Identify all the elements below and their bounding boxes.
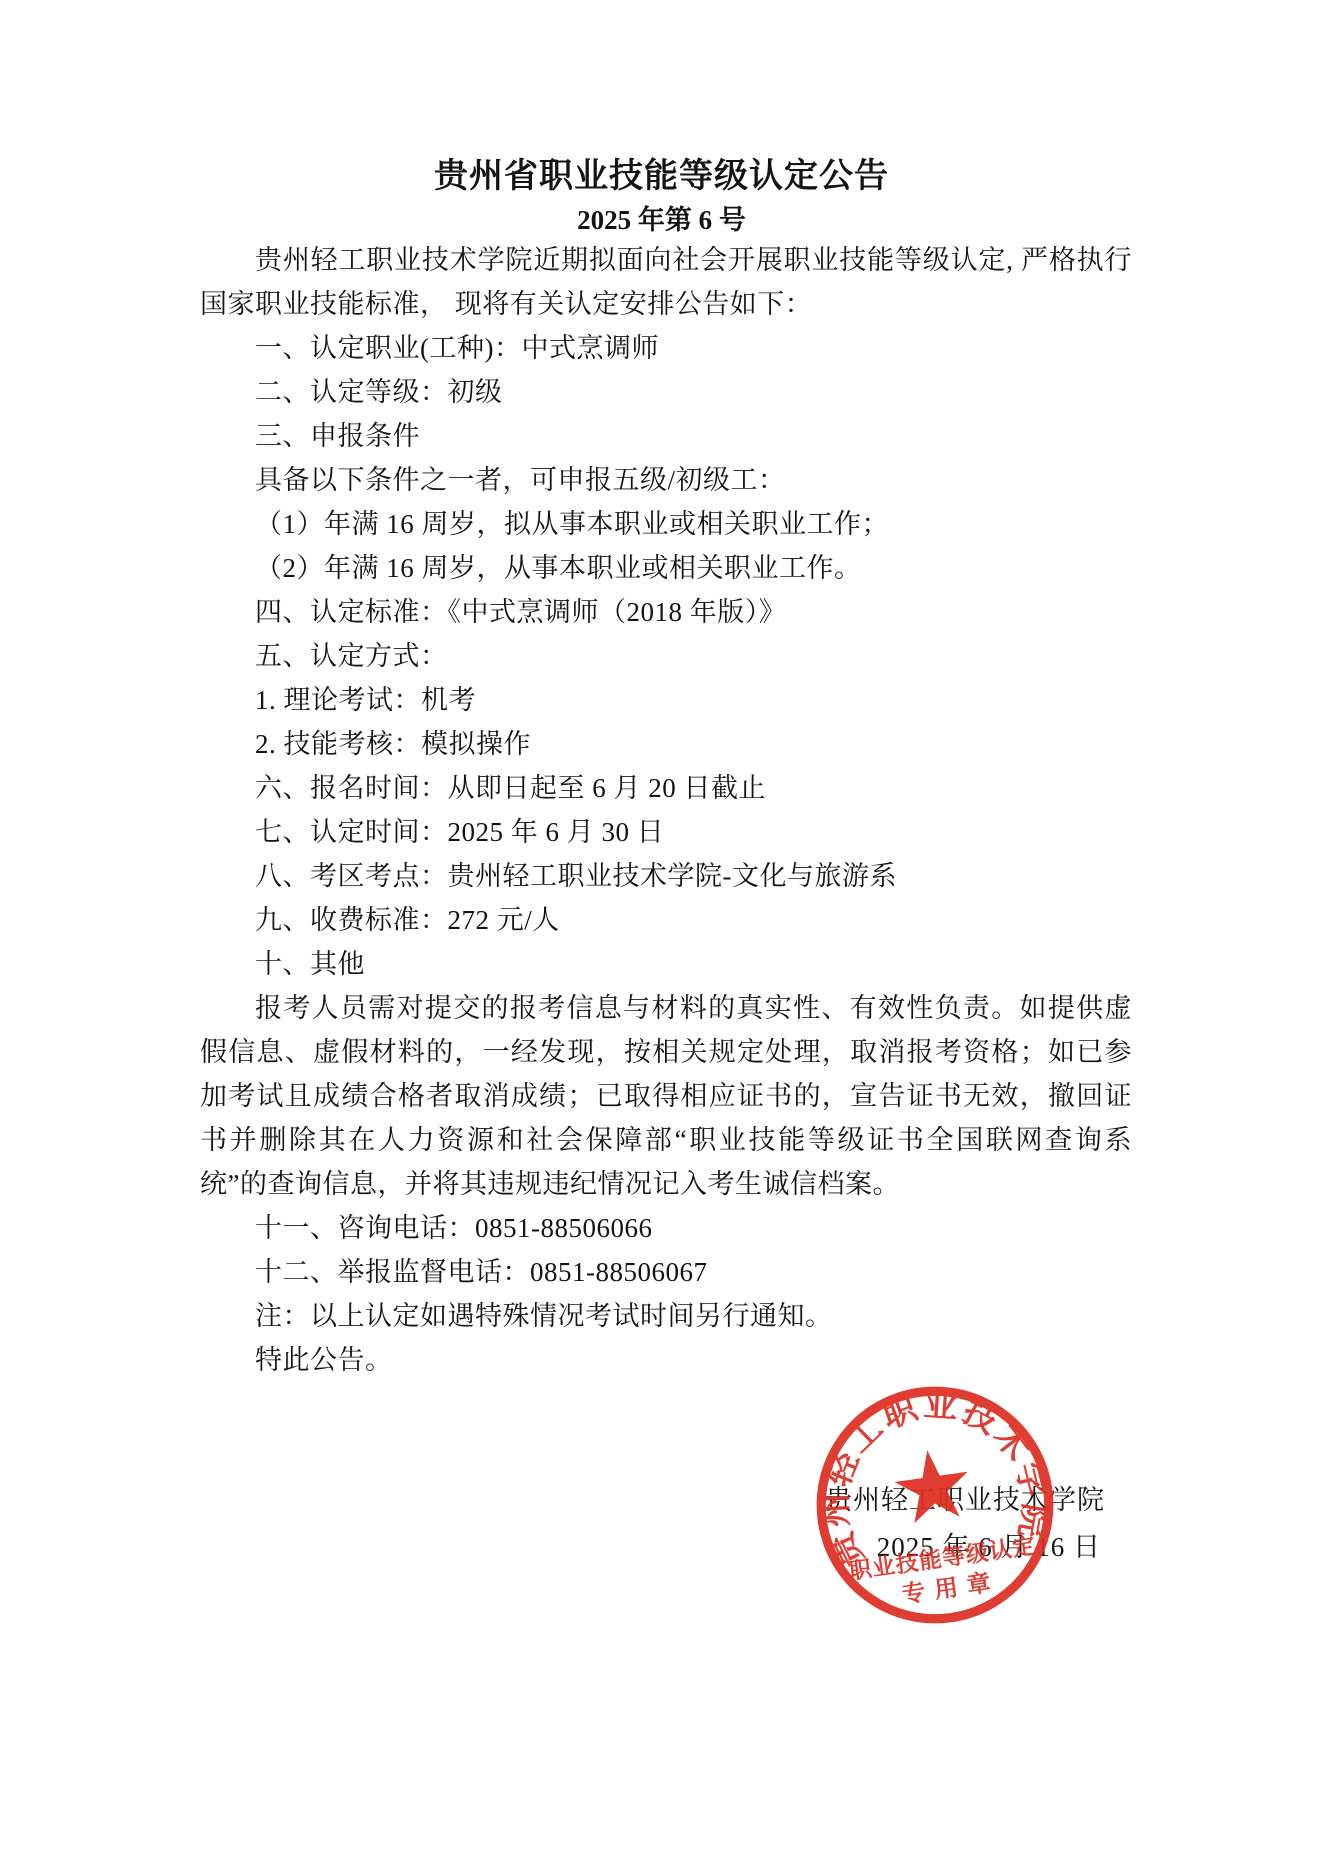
announcement-item: 十、其他 — [200, 942, 1132, 986]
closing-line: 特此公告。 — [200, 1338, 1132, 1382]
seal-star-icon — [891, 1445, 974, 1525]
announcement-item: 1. 理论考试：机考 — [200, 678, 1132, 722]
announcement-item: （2）年满 16 周岁，从事本职业或相关职业工作。 — [200, 546, 1132, 590]
other-paragraph: 报考人员需对提交的报考信息与材料的真实性、有效性负责。如提供虚假信息、虚假材料的… — [200, 986, 1132, 1206]
report-phone-line: 十二、举报监督电话：0851-88506067 — [200, 1250, 1132, 1294]
issue-number: 2025 年第 6 号 — [0, 198, 1323, 237]
announcement-item: 四、认定标准：《中式烹调师（2018 年版）》 — [200, 590, 1132, 634]
announcement-item: 八、考区考点：贵州轻工职业技术学院-文化与旅游系 — [200, 854, 1132, 898]
document-title: 贵州省职业技能等级认定公告 — [0, 148, 1323, 197]
announcement-item: 具备以下条件之一者，可申报五级/初级工： — [200, 458, 1132, 502]
announcement-item: 三、申报条件 — [200, 414, 1132, 458]
announcement-item: 2. 技能考核：模拟操作 — [200, 722, 1132, 766]
consult-phone-line: 十一、咨询电话：0851-88506066 — [200, 1206, 1132, 1250]
intro-paragraph: 贵州轻工职业技术学院近期拟面向社会开展职业技能等级认定, 严格执行国家职业技能标… — [200, 238, 1132, 326]
announcement-item: 五、认定方式： — [200, 634, 1132, 678]
announcement-page: 贵州省职业技能等级认定公告 2025 年第 6 号 贵州轻工职业技术学院近期拟面… — [0, 0, 1323, 1871]
announcement-item: 一、认定职业(工种)：中式烹调师 — [200, 326, 1132, 370]
announcement-item: 二、认定等级：初级 — [200, 370, 1132, 414]
note-line: 注：以上认定如遇特殊情况考试时间另行通知。 — [200, 1294, 1132, 1338]
announcement-item: 九、收费标准：272 元/人 — [200, 898, 1132, 942]
announcement-item: （1）年满 16 周岁，拟从事本职业或相关职业工作； — [200, 502, 1132, 546]
announcement-item: 六、报名时间：从即日起至 6 月 20 日截止 — [200, 766, 1132, 810]
document-body: 贵州轻工职业技术学院近期拟面向社会开展职业技能等级认定, 严格执行国家职业技能标… — [200, 238, 1132, 1382]
announcement-item: 七、认定时间：2025 年 6 月 30 日 — [200, 810, 1132, 854]
official-seal: 贵州轻工职业技术学院 职业技能等级认定 专用章 — [812, 1382, 1058, 1628]
